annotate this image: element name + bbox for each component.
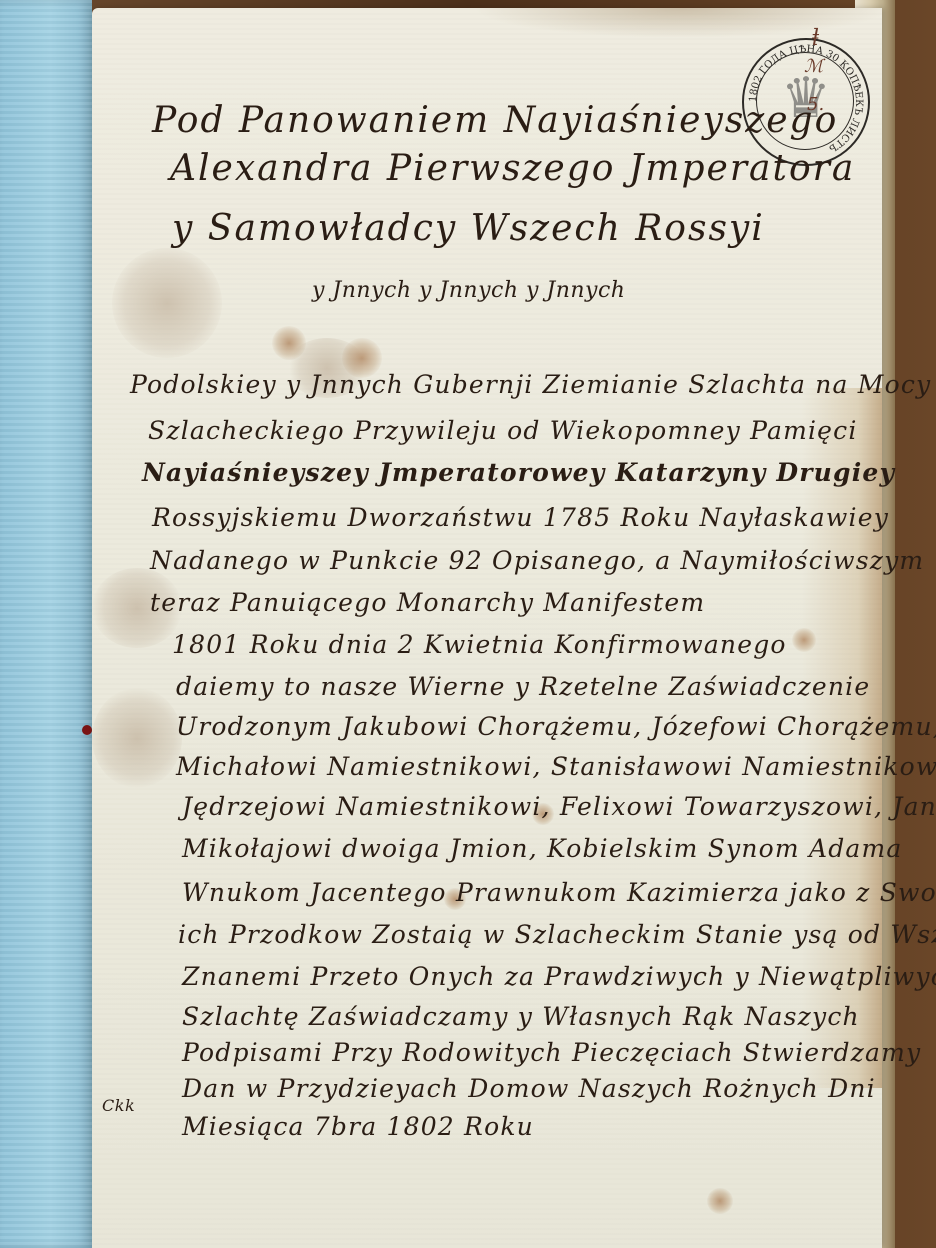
- body-line: Podolskiey y Jnnych Gubernji Ziemianie S…: [130, 370, 931, 399]
- body-line: Szlacheckiego Przywileju od Wiekopomney …: [148, 416, 858, 445]
- foxing-spot: [707, 1188, 733, 1214]
- red-wax-spot: [82, 725, 92, 735]
- body-line: Nayiaśnieyszey Jmperatorowey Katarzyny D…: [142, 458, 895, 487]
- heading-line: y Jnnych y Jnnych y Jnnych: [312, 278, 625, 303]
- body-line: 1801 Roku dnia 2 Kwietnia Konfirmowanego: [172, 630, 787, 659]
- body-line: Znanemi Przeto Onych za Prawdziwych y Ni…: [182, 962, 936, 991]
- body-line: Urodzonym Jakubowi Chorążemu, Józefowi C…: [176, 712, 936, 741]
- body-line: Mikołajowi dwoiga Jmion, Kobielskim Syno…: [182, 834, 903, 863]
- body-line: Szlachtę Zaświadczamy y Własnych Rąk Nas…: [182, 1002, 860, 1031]
- body-line: Dan w Przydzieyach Domow Naszych Rożnych…: [182, 1074, 876, 1103]
- body-line: daiemy to nasze Wierne y Rzetelne Zaświa…: [176, 672, 870, 701]
- body-line: Wnukom Jacentego Prawnukom Kazimierza ja…: [182, 878, 936, 907]
- page-fold-shadow: [472, 8, 892, 38]
- body-line: Rossyjskiemu Dworzaństwu 1785 Roku Nayła…: [152, 503, 889, 532]
- document-page: 1802 ГОДА ЦѢНА 30 КОПѢЕКЪ ЛИСТЪ ♛ ⱡ ℳ 5.…: [92, 8, 882, 1248]
- heading-line: Alexandra Pierwszego Jmperatora: [170, 148, 855, 189]
- body-line: Miesiąca 7bra 1802 Roku: [182, 1112, 534, 1141]
- margin-note: ⱡ: [812, 26, 819, 51]
- body-line: Podpisami Przy Rodowitych Pieczęciach St…: [182, 1038, 921, 1067]
- margin-note: ℳ: [804, 56, 823, 77]
- heading-line: Pod Panowaniem Nayiaśnieyszego: [152, 100, 838, 141]
- signature-note: Ckk: [102, 1096, 135, 1115]
- bleed-through-stain: [112, 248, 222, 358]
- heading-line: y Samowładcy Wszech Rossyi: [172, 208, 765, 249]
- body-line: Michałowi Namiestnikowi, Stanisławowi Na…: [176, 752, 936, 781]
- body-line: Nadanego w Punkcie 92 Opisanego, a Naymi…: [150, 546, 924, 575]
- blue-folder-cover: [0, 0, 92, 1248]
- body-line: Jędrzejowi Namiestnikowi, Felixowi Towar…: [182, 792, 936, 821]
- body-line: teraz Panuiącego Monarchy Manifestem: [150, 588, 705, 617]
- bleed-through-stain: [92, 688, 182, 788]
- body-line: ich Przodkow Zostaią w Szlacheckim Stani…: [178, 920, 936, 949]
